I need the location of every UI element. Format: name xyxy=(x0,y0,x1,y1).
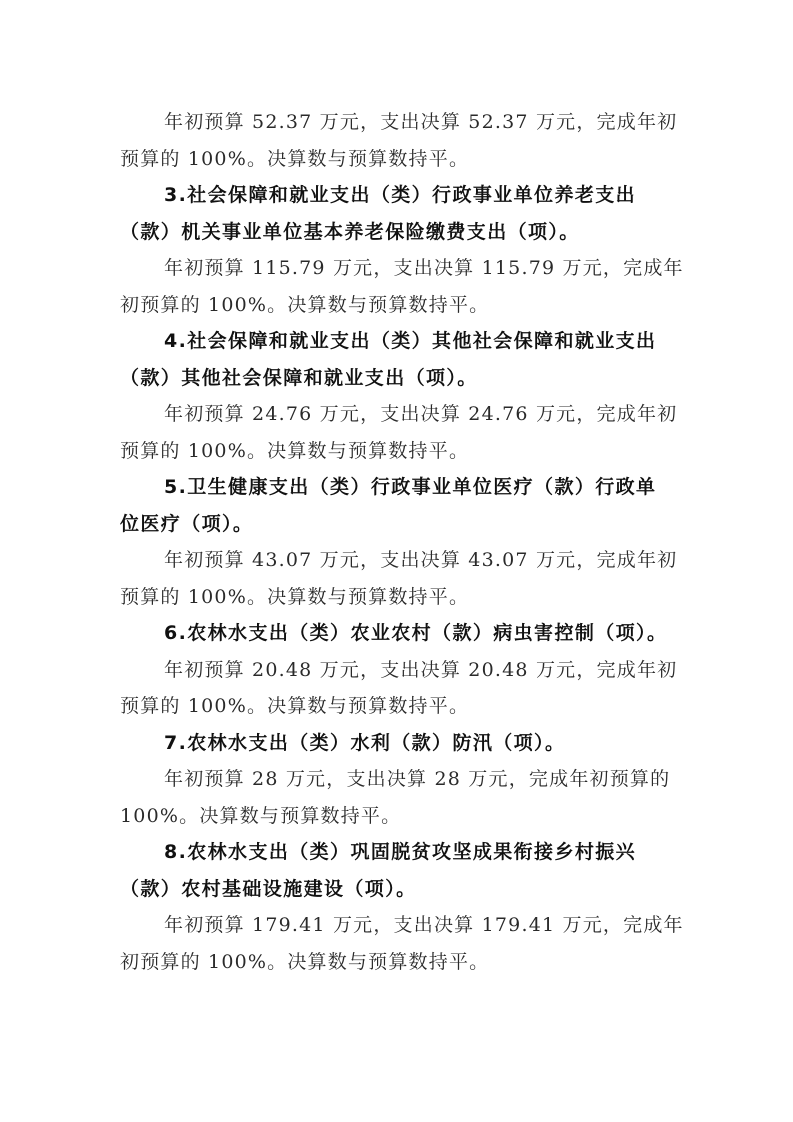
section-heading-3: 3.社会保障和就业支出（类）行政事业单位养老支出 xyxy=(120,177,675,214)
section-heading-4-cont: （款）其他社会保障和就业支出（项）。 xyxy=(120,360,675,397)
paragraph-line: 年初预算 28 万元，支出决算 28 万元，完成年初预算的 xyxy=(120,761,675,798)
paragraph-line: 年初预算 52.37 万元，支出决算 52.37 万元，完成年初 xyxy=(120,104,675,141)
paragraph-line: 年初预算 115.79 万元，支出决算 115.79 万元，完成年 xyxy=(120,250,675,287)
paragraph-line: 预算的 100%。决算数与预算数持平。 xyxy=(120,141,675,178)
paragraph-line: 初预算的 100%。决算数与预算数持平。 xyxy=(120,944,675,981)
paragraph-line: 初预算的 100%。决算数与预算数持平。 xyxy=(120,287,675,324)
paragraph-line: 年初预算 20.48 万元，支出决算 20.48 万元，完成年初 xyxy=(120,652,675,689)
paragraph-line: 年初预算 179.41 万元，支出决算 179.41 万元，完成年 xyxy=(120,907,675,944)
section-heading-5: 5.卫生健康支出（类）行政事业单位医疗（款）行政单 xyxy=(120,469,675,506)
paragraph-line: 预算的 100%。决算数与预算数持平。 xyxy=(120,688,675,725)
section-heading-3-cont: （款）机关事业单位基本养老保险缴费支出（项）。 xyxy=(120,214,675,251)
paragraph-line: 年初预算 43.07 万元，支出决算 43.07 万元，完成年初 xyxy=(120,542,675,579)
section-heading-4: 4.社会保障和就业支出（类）其他社会保障和就业支出 xyxy=(120,323,675,360)
paragraph-line: 年初预算 24.76 万元，支出决算 24.76 万元，完成年初 xyxy=(120,396,675,433)
section-heading-6: 6.农林水支出（类）农业农村（款）病虫害控制（项）。 xyxy=(120,615,675,652)
section-heading-8-cont: （款）农村基础设施建设（项）。 xyxy=(120,871,675,908)
paragraph-line: 预算的 100%。决算数与预算数持平。 xyxy=(120,579,675,616)
section-heading-8: 8.农林水支出（类）巩固脱贫攻坚成果衔接乡村振兴 xyxy=(120,834,675,871)
document-page: 年初预算 52.37 万元，支出决算 52.37 万元，完成年初 预算的 100… xyxy=(120,104,675,980)
paragraph-line: 预算的 100%。决算数与预算数持平。 xyxy=(120,433,675,470)
section-heading-5-cont: 位医疗（项）。 xyxy=(120,506,675,543)
paragraph-line: 100%。决算数与预算数持平。 xyxy=(120,798,675,835)
section-heading-7: 7.农林水支出（类）水利（款）防汛（项）。 xyxy=(120,725,675,762)
